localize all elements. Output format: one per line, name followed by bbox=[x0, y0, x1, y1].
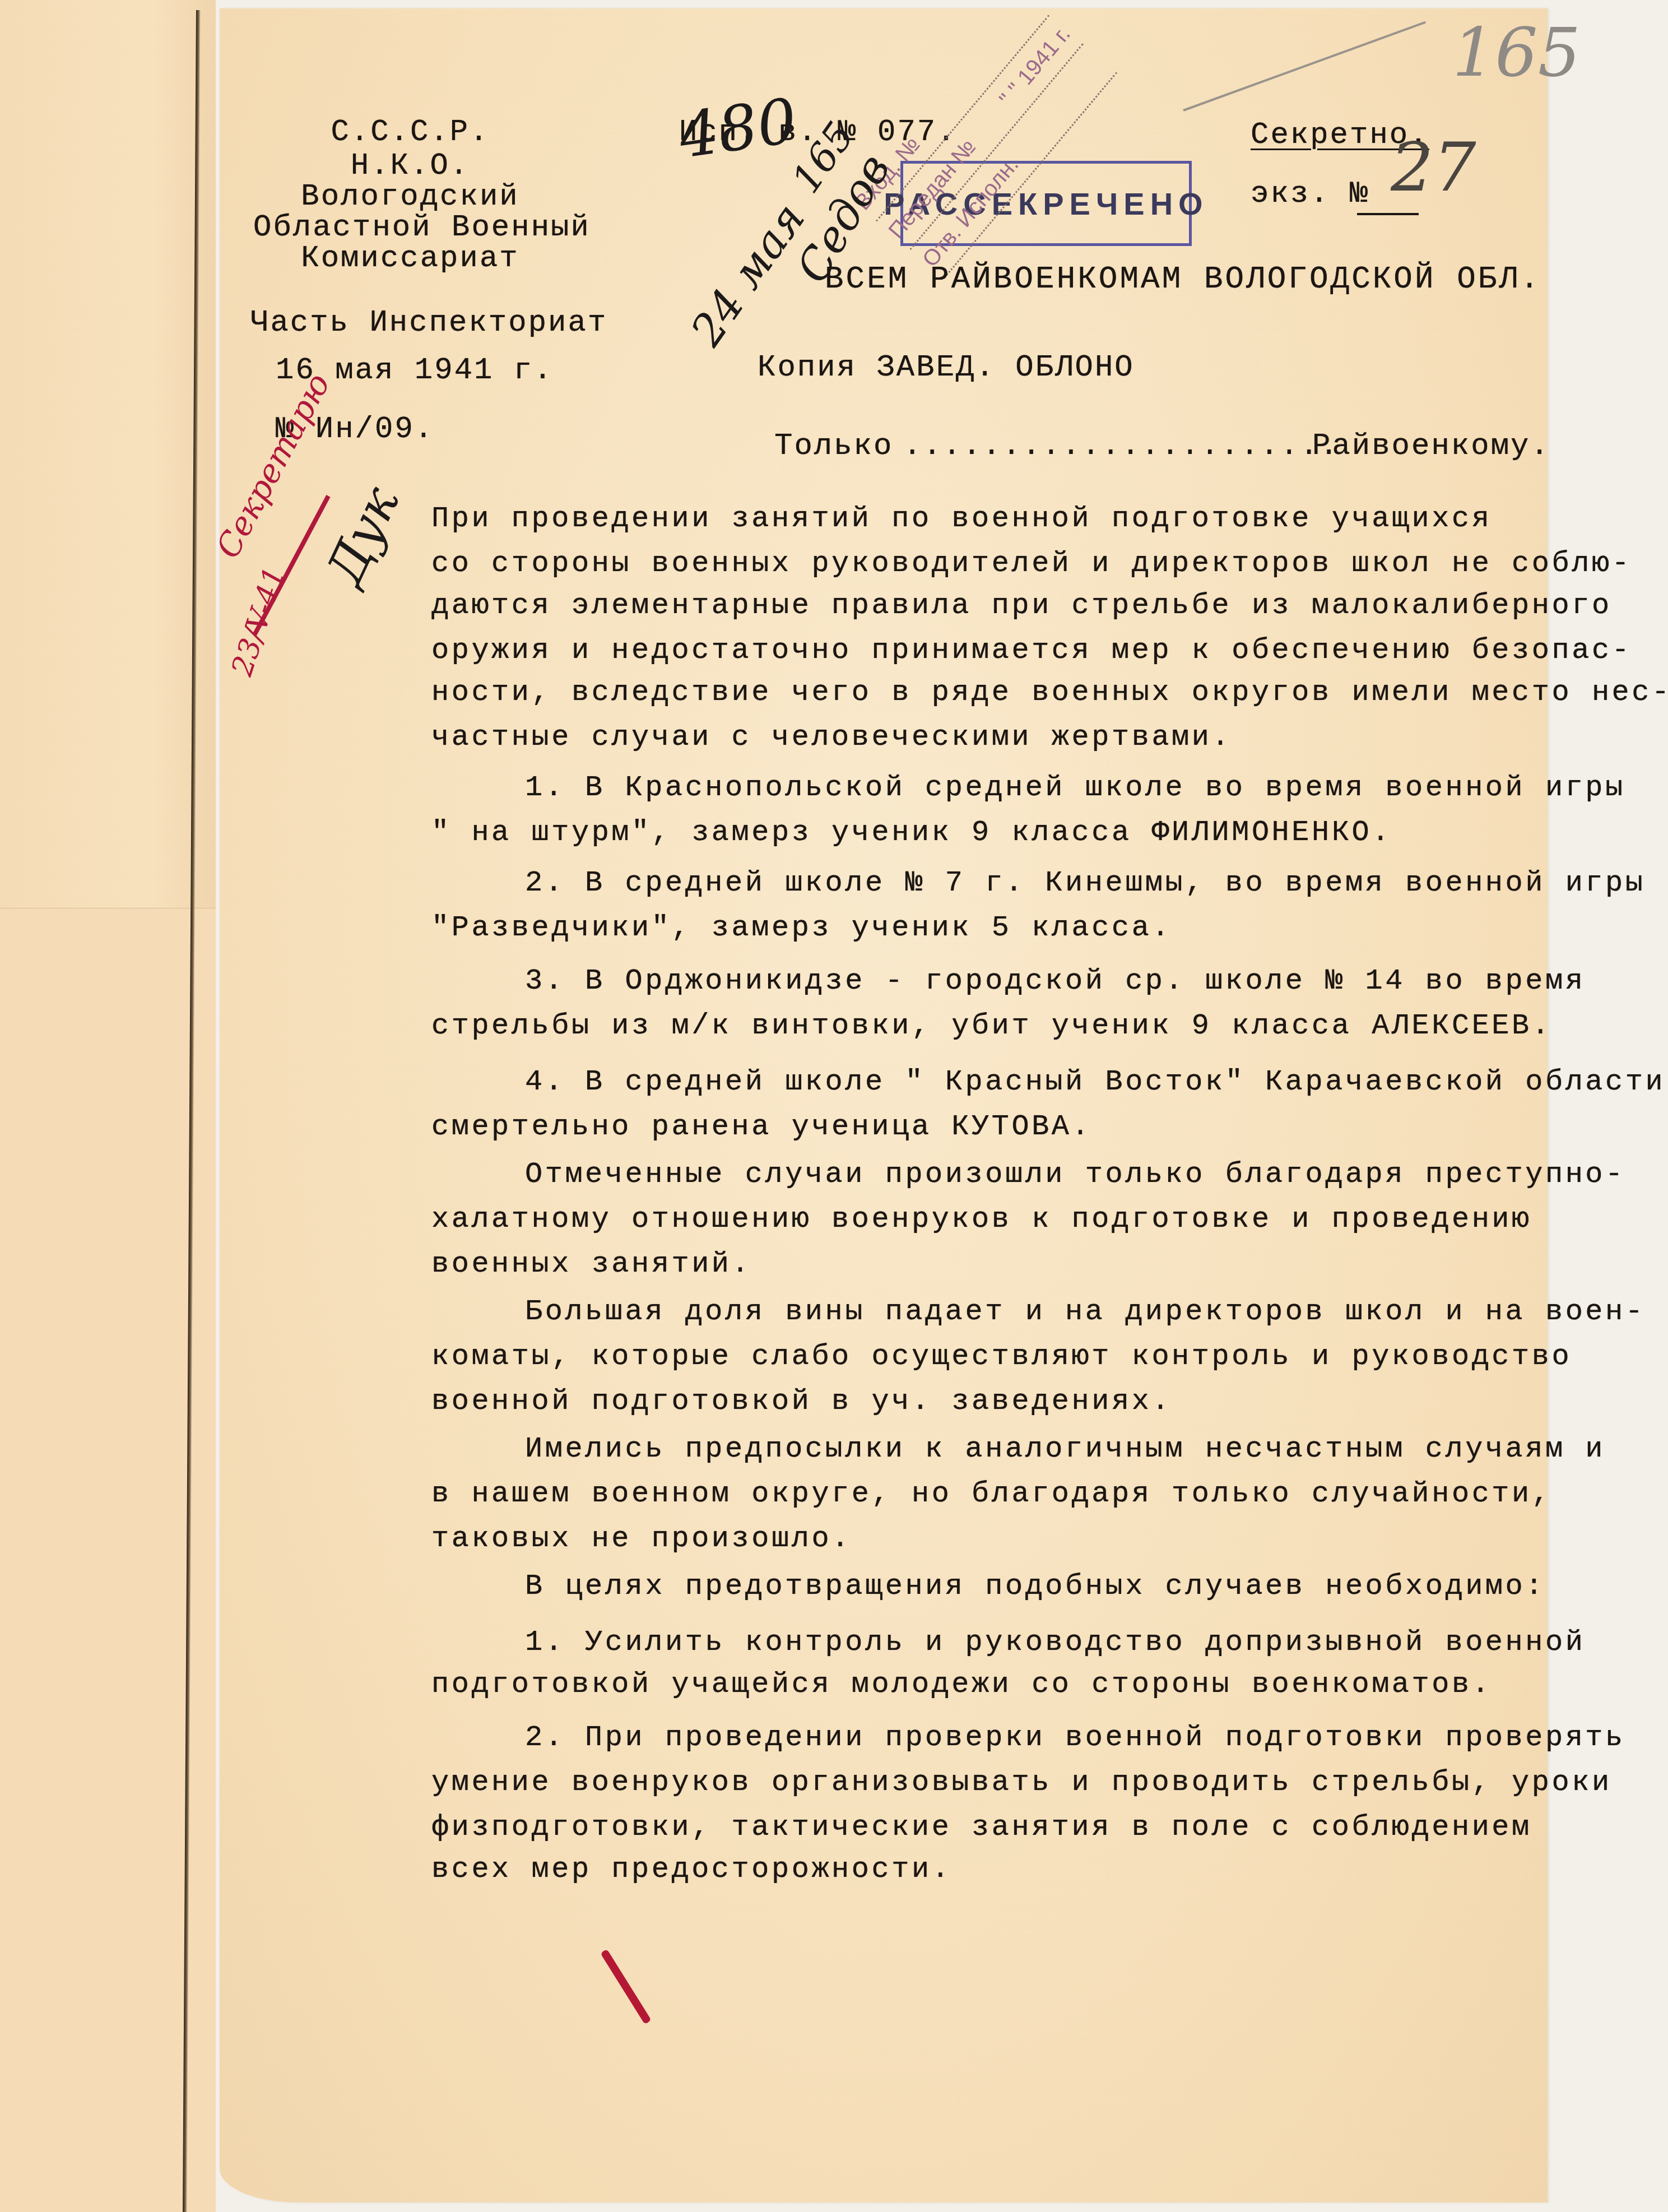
body-line: При проведении занятий по военной подгот… bbox=[431, 504, 1492, 534]
incoming-number-handwritten: 480 bbox=[675, 85, 801, 172]
body-line: со стороны военных руководителей и дирек… bbox=[431, 549, 1632, 578]
adjacent-page bbox=[0, 0, 216, 2212]
archive-page-number: 165 bbox=[1452, 14, 1581, 92]
margin-note-text: Секретарю bbox=[208, 367, 337, 564]
copy-number-handwritten: 27 bbox=[1391, 129, 1476, 207]
pencil-strike-line bbox=[1183, 21, 1426, 112]
body-line: частные случаи с человеческими жертвами. bbox=[431, 723, 1232, 752]
body-line: ности, вследствие чего в ряде военных ок… bbox=[431, 678, 1668, 707]
document-page: С.С.С.Р. Н.К.О. Вологодский Областной Во… bbox=[220, 8, 1548, 2202]
header-vologda: Вологодский bbox=[253, 182, 567, 212]
registration-date-handwritten: 24 мая bbox=[681, 194, 815, 355]
addressee-to: ВСЕМ РАЙВОЕНКОМАМ ВОЛОГОДСКОЙ ОБЛ. bbox=[825, 263, 1541, 295]
header-department: Часть Инспекториат bbox=[250, 308, 607, 338]
header-regional-military: Областной Военный bbox=[253, 213, 567, 243]
copy-number-underline bbox=[1357, 213, 1419, 215]
margin-note-signature: Дук bbox=[315, 478, 411, 594]
addressee-copy: Копия ЗАВЕД. ОБЛОНО bbox=[758, 353, 1135, 383]
body-line: оружия и недостаточно принимается мер к … bbox=[431, 636, 1632, 665]
body-line: даются элементарные правила при стрельбе… bbox=[431, 591, 1612, 620]
header-commissariat: Комиссариат bbox=[253, 244, 567, 274]
header-nko: Н.К.О. bbox=[253, 151, 567, 182]
header-ussr: С.С.С.Р. bbox=[253, 118, 567, 148]
body-required-intro: В целях предотвращения подобных случаев … bbox=[525, 1572, 1545, 1601]
copy-number-label: экз. № bbox=[1251, 179, 1369, 210]
